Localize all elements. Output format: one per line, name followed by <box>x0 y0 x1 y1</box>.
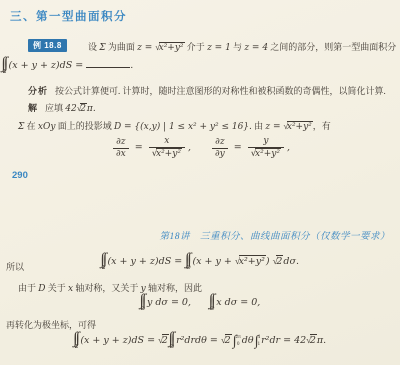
math-run: (x + y + z)dS = <box>9 60 87 71</box>
sqrt-radical: √x²+y² <box>152 148 182 160</box>
math-run: x²+y² <box>239 256 265 267</box>
zero-integrals-equation: ∫∫Dy dσ = 0,∫∫Dx dσ = 0, <box>0 293 400 313</box>
answer-blank <box>86 58 130 68</box>
text-run: 轴对称，又关于 <box>73 283 141 293</box>
denominator: ∂x <box>113 148 129 160</box>
sqrt-radical: √2 <box>158 334 169 347</box>
math-run: = <box>231 142 245 153</box>
solution-answer: 42√2π. <box>65 103 95 113</box>
radicand: x²+y² <box>255 148 281 160</box>
math-run: 2 <box>276 256 282 267</box>
page-number: 290 <box>12 170 28 181</box>
math-run: (x + y + <box>192 256 234 267</box>
math-run: ∂z <box>116 137 125 147</box>
math-run: xOy <box>38 122 56 132</box>
text-run: 之间的部分，则第一型曲面积分 <box>268 42 396 52</box>
text-run: ，有 <box>313 121 331 131</box>
integral-limits: 41 <box>257 335 260 348</box>
surface-to-plane-equation: ∫∫Σ(x + y + z)dS = ∫∫D(x + y + √x²+y²) √… <box>0 252 400 272</box>
text-run: 轴对称，因此 <box>146 283 202 293</box>
radicand: x²+y² <box>159 42 185 54</box>
integral-limits: 2π0 <box>236 335 241 348</box>
math-run: ∂y <box>215 149 225 159</box>
analysis-label: 分析 <box>28 86 48 96</box>
textbook-page: 三、第一型曲面积分 例 18.8 设 Σ 为曲面 z = √x²+y² 介于 z… <box>0 0 400 365</box>
integral-domain-subscript: D <box>141 307 145 313</box>
math-run: 2 <box>80 104 86 114</box>
math-run: x²+y² <box>159 43 184 53</box>
projection-domain-line: Σ 在 xOy 面上的投影域 D = {(x,y) | 1 ≤ x² + y² … <box>18 119 331 133</box>
integral-domain-subscript: Σ <box>102 266 106 272</box>
math-run: 2 <box>162 335 168 346</box>
radicand: 2 <box>310 334 317 347</box>
integral-operator: ∫41 <box>255 334 261 348</box>
math-run: r²drdθ = <box>176 335 221 346</box>
solution-answer-prefix: 应填 <box>45 103 65 113</box>
running-header: 第18讲 三重积分、曲线曲面积分（仅数学一要求） <box>159 228 390 242</box>
double-integral-operator: ∫∫Σ <box>75 331 79 351</box>
text-run: 关于 <box>45 283 68 293</box>
lower-limit: 0 <box>236 342 241 347</box>
math-run: = <box>132 142 146 153</box>
polar-coordinates-label: 再转化为极坐标，可得 <box>6 318 96 331</box>
upper-limit: 2π <box>236 335 241 340</box>
math-run: π. <box>87 104 96 114</box>
text-run: 在 <box>24 121 38 131</box>
math-run: , <box>287 142 290 153</box>
text-run: 介于 <box>185 42 208 52</box>
text-run: 与 <box>231 42 245 52</box>
integral-operator: ∫2π0 <box>233 334 241 348</box>
math-run: . <box>130 60 133 71</box>
double-integral-operator: ∫∫D <box>141 293 145 313</box>
sqrt-radical: √2 <box>306 334 317 347</box>
analysis-text: 按公式计算便可. 计算时，随时注意图形的对称性和被积函数的奇偶性，以简化计算. <box>55 86 386 96</box>
double-integral-operator: ∫∫D <box>170 331 174 351</box>
double-integral-operator: ∫∫Σ <box>102 252 106 272</box>
math-run: π. <box>317 335 326 346</box>
math-run: r²dr = 42 <box>261 335 306 346</box>
math-run: x²+y² <box>287 122 312 132</box>
fraction: ∂z∂x <box>113 137 129 160</box>
sqrt-radical: √x²+y² <box>283 121 312 133</box>
integral-domain-subscript: Σ <box>3 70 7 76</box>
math-run: z = 1 <box>207 43 231 53</box>
math-run: z = <box>265 122 283 132</box>
math-run: z = 4 <box>244 43 268 53</box>
integral-domain-subscript: D <box>210 307 214 313</box>
math-run: D = {(x,y) | 1 ≤ x² + y² ≤ 16}. <box>114 122 252 132</box>
math-run: 2 <box>310 335 316 346</box>
fraction: x√x²+y² <box>149 136 185 160</box>
sqrt-radical: √x²+y² <box>235 255 266 268</box>
lower-limit: 1 <box>257 342 260 347</box>
fraction: y√x²+y² <box>248 136 284 160</box>
sqrt-radical: √2 <box>77 103 87 115</box>
denominator: √x²+y² <box>248 147 284 160</box>
math-run: z = <box>137 43 155 53</box>
radicand: x²+y² <box>239 255 266 268</box>
problem-statement: 设 Σ 为曲面 z = √x²+y² 介于 z = 1 与 z = 4 之间的部… <box>88 40 396 54</box>
math-run: ) <box>266 256 273 267</box>
integral-domain-subscript: D <box>170 345 174 351</box>
fraction: ∂z∂y <box>212 137 228 160</box>
final-result-equation: ∫∫Σ(x + y + z)dS = √2∫∫Dr²drdθ = √2∫2π0d… <box>0 331 400 351</box>
math-run: x²+y² <box>255 149 280 159</box>
text-run: 设 <box>88 42 99 52</box>
math-run: dθ <box>242 335 254 346</box>
numerator: ∂z <box>212 137 228 148</box>
text-run: 面上的投影域 <box>55 121 114 131</box>
integral-domain-subscript: D <box>186 266 190 272</box>
math-run: , <box>188 142 191 153</box>
example-badge: 例 18.8 <box>28 39 67 52</box>
analysis-line: 分析按公式计算便可. 计算时，随时注意图形的对称性和被积函数的奇偶性，以简化计算… <box>28 84 386 97</box>
math-run: (x + y + z)dS = <box>80 335 158 346</box>
double-integral-operator: ∫∫D <box>210 293 214 313</box>
partial-derivatives-formula: ∂z∂x = x√x²+y²,∂z∂y = y√x²+y², <box>0 136 400 160</box>
text-run: 由 <box>252 121 266 131</box>
upper-limit: 4 <box>257 335 260 340</box>
numerator: ∂z <box>113 137 129 148</box>
math-run: 42 <box>65 104 76 114</box>
radicand: 2 <box>80 103 87 115</box>
text-run: 由于 <box>18 283 38 293</box>
math-run: ∂x <box>116 149 126 159</box>
math-run: y dσ = 0, <box>147 297 191 308</box>
math-run: x dσ = 0, <box>216 297 260 308</box>
math-run: (x + y + z)dS = <box>107 256 185 267</box>
math-run: y <box>263 136 268 146</box>
radicand: x²+y² <box>287 121 313 133</box>
sqrt-radical: √x²+y² <box>251 148 281 160</box>
solution-answer-line: 解应填 42√2π. <box>28 101 96 115</box>
double-integral-operator: ∫∫D <box>186 252 190 272</box>
numerator: x <box>149 136 185 147</box>
text-run: 为曲面 <box>106 42 138 52</box>
radicand: 2 <box>162 334 169 347</box>
math-run: x²+y² <box>156 149 181 159</box>
math-run: ∂z <box>215 137 224 147</box>
radicand: x²+y² <box>156 148 182 160</box>
sqrt-radical: √2 <box>221 334 232 347</box>
problem-integral-line: ∫∫Σ(x + y + z)dS = . <box>2 56 133 76</box>
denominator: √x²+y² <box>149 147 185 160</box>
double-integral-operator: ∫∫Σ <box>3 56 7 76</box>
sqrt-radical: √2 <box>273 255 284 268</box>
denominator: ∂y <box>212 148 228 160</box>
section-title: 三、第一型曲面积分 <box>10 8 127 24</box>
solution-label: 解 <box>28 103 38 113</box>
numerator: y <box>248 136 284 147</box>
sqrt-radical: √x²+y² <box>155 42 184 54</box>
radicand: 2 <box>225 334 232 347</box>
math-run: x <box>164 136 169 146</box>
integral-domain-subscript: Σ <box>75 345 79 351</box>
math-run: dσ. <box>283 256 299 267</box>
math-run: 2 <box>225 335 231 346</box>
